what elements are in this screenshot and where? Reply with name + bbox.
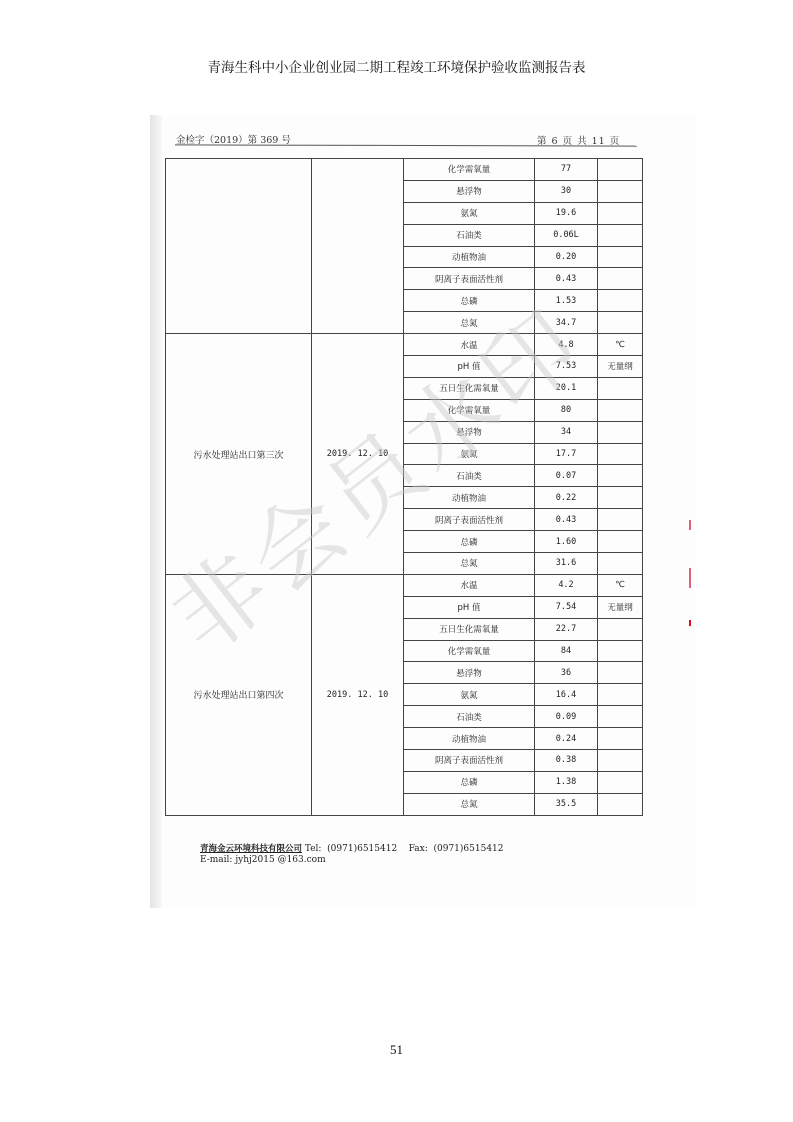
parameter-cell: 总氮 xyxy=(404,312,535,334)
table-row: 污水处理站出口第四次2019. 12. 10水温4.2℃ xyxy=(166,574,643,596)
value-cell: 7.53 xyxy=(535,356,598,378)
parameter-cell: 石油类 xyxy=(404,224,535,246)
value-cell: 16.4 xyxy=(535,684,598,706)
parameter-cell: 阴离子表面活性剂 xyxy=(404,509,535,531)
page-number: 51 xyxy=(0,1042,793,1058)
document-title: 青海生科中小企业创业园二期工程竣工环境保护验收监测报告表 xyxy=(0,56,793,76)
unit-cell xyxy=(598,312,643,334)
unit-cell xyxy=(598,640,643,662)
parameter-cell: 氨氮 xyxy=(404,684,535,706)
sampling-date-cell xyxy=(312,159,404,334)
parameter-cell: 总磷 xyxy=(404,290,535,312)
value-cell: 77 xyxy=(535,159,598,181)
value-cell: 1.53 xyxy=(535,290,598,312)
parameter-cell: 氨氮 xyxy=(404,202,535,224)
sampling-date-cell: 2019. 12. 10 xyxy=(312,334,404,575)
value-cell: 0.06L xyxy=(535,224,598,246)
value-cell: 34 xyxy=(535,421,598,443)
value-cell: 17.7 xyxy=(535,443,598,465)
unit-cell xyxy=(598,750,643,772)
unit-cell xyxy=(598,662,643,684)
value-cell: 0.43 xyxy=(535,268,598,290)
parameter-cell: 动植物油 xyxy=(404,728,535,750)
value-cell: 0.07 xyxy=(535,465,598,487)
value-cell: 1.60 xyxy=(535,531,598,553)
value-cell: 0.24 xyxy=(535,728,598,750)
unit-cell xyxy=(598,728,643,750)
value-cell: 0.20 xyxy=(535,246,598,268)
parameter-cell: 悬浮物 xyxy=(404,180,535,202)
value-cell: 34.7 xyxy=(535,312,598,334)
parameter-cell: 石油类 xyxy=(404,465,535,487)
unit-cell xyxy=(598,180,643,202)
parameter-cell: 氨氮 xyxy=(404,443,535,465)
parameter-cell: 水温 xyxy=(404,574,535,596)
unit-cell xyxy=(598,487,643,509)
footer-email: jyhj2015 @163.com xyxy=(235,855,325,865)
value-cell: 4.8 xyxy=(535,334,598,356)
unit-cell: 无量纲 xyxy=(598,596,643,618)
unit-cell xyxy=(598,246,643,268)
parameter-cell: 总磷 xyxy=(404,771,535,793)
scan-edge-marks xyxy=(689,520,691,630)
parameter-cell: 化学需氧量 xyxy=(404,399,535,421)
parameter-cell: 石油类 xyxy=(404,706,535,728)
value-cell: 84 xyxy=(535,640,598,662)
table-row: 化学需氧量77 xyxy=(166,159,643,181)
unit-cell xyxy=(598,684,643,706)
value-cell: 20.1 xyxy=(535,377,598,399)
footer-company-name: 青海金云环境科技有限公司 xyxy=(200,844,302,854)
unit-cell xyxy=(598,421,643,443)
parameter-cell: 阴离子表面活性剂 xyxy=(404,268,535,290)
unit-cell xyxy=(598,465,643,487)
value-cell: 7.54 xyxy=(535,596,598,618)
footer-fax: (0971)6515412 xyxy=(433,844,503,854)
scan-shadow-edge xyxy=(150,115,162,908)
unit-cell: 无量纲 xyxy=(598,356,643,378)
footer-contact: 青海金云环境科技有限公司 Tel: (0971)6515412 Fax: (09… xyxy=(200,842,504,854)
parameter-cell: 动植物油 xyxy=(404,487,535,509)
parameter-cell: 化学需氧量 xyxy=(404,159,535,181)
unit-cell xyxy=(598,531,643,553)
value-cell: 0.22 xyxy=(535,487,598,509)
unit-cell xyxy=(598,793,643,815)
value-cell: 1.38 xyxy=(535,771,598,793)
value-cell: 0.43 xyxy=(535,509,598,531)
unit-cell xyxy=(598,553,643,575)
value-cell: 35.5 xyxy=(535,793,598,815)
parameter-cell: 五日生化需氧量 xyxy=(404,377,535,399)
table-row: 污水处理站出口第三次2019. 12. 10水温4.8℃ xyxy=(166,334,643,356)
parameter-cell: pH 值 xyxy=(404,596,535,618)
sampling-date-cell: 2019. 12. 10 xyxy=(312,574,404,815)
value-cell: 22.7 xyxy=(535,618,598,640)
parameter-cell: 悬浮物 xyxy=(404,662,535,684)
unit-cell xyxy=(598,268,643,290)
parameter-cell: 总磷 xyxy=(404,531,535,553)
parameter-cell: pH 值 xyxy=(404,356,535,378)
unit-cell: ℃ xyxy=(598,574,643,596)
value-cell: 4.2 xyxy=(535,574,598,596)
value-cell: 30 xyxy=(535,180,598,202)
unit-cell xyxy=(598,159,643,181)
footer-email-label: E-mail: xyxy=(200,855,232,865)
footer-fax-label: Fax: xyxy=(409,844,428,854)
value-cell: 31.6 xyxy=(535,553,598,575)
unit-cell xyxy=(598,377,643,399)
monitoring-results-table: 化学需氧量77悬浮物30氨氮19.6石油类0.06L动植物油0.20阴离子表面活… xyxy=(165,158,643,816)
parameter-cell: 总氮 xyxy=(404,793,535,815)
unit-cell xyxy=(598,509,643,531)
unit-cell xyxy=(598,443,643,465)
parameter-cell: 动植物油 xyxy=(404,246,535,268)
parameter-cell: 化学需氧量 xyxy=(404,640,535,662)
sampling-site-cell: 污水处理站出口第三次 xyxy=(166,334,312,575)
unit-cell xyxy=(598,224,643,246)
parameter-cell: 五日生化需氧量 xyxy=(404,618,535,640)
unit-cell xyxy=(598,706,643,728)
unit-cell xyxy=(598,618,643,640)
parameter-cell: 水温 xyxy=(404,334,535,356)
value-cell: 0.09 xyxy=(535,706,598,728)
unit-cell xyxy=(598,290,643,312)
value-cell: 19.6 xyxy=(535,202,598,224)
footer-tel: (0971)6515412 xyxy=(327,844,397,854)
parameter-cell: 悬浮物 xyxy=(404,421,535,443)
value-cell: 80 xyxy=(535,399,598,421)
parameter-cell: 总氮 xyxy=(404,553,535,575)
footer-tel-label: Tel: xyxy=(305,844,322,854)
value-cell: 0.38 xyxy=(535,750,598,772)
sampling-site-cell: 污水处理站出口第四次 xyxy=(166,574,312,815)
unit-cell xyxy=(598,771,643,793)
value-cell: 36 xyxy=(535,662,598,684)
unit-cell xyxy=(598,202,643,224)
sampling-site-cell xyxy=(166,159,312,334)
parameter-cell: 阴离子表面活性剂 xyxy=(404,750,535,772)
unit-cell: ℃ xyxy=(598,334,643,356)
unit-cell xyxy=(598,399,643,421)
footer-email-line: E-mail: jyhj2015 @163.com xyxy=(200,855,326,865)
